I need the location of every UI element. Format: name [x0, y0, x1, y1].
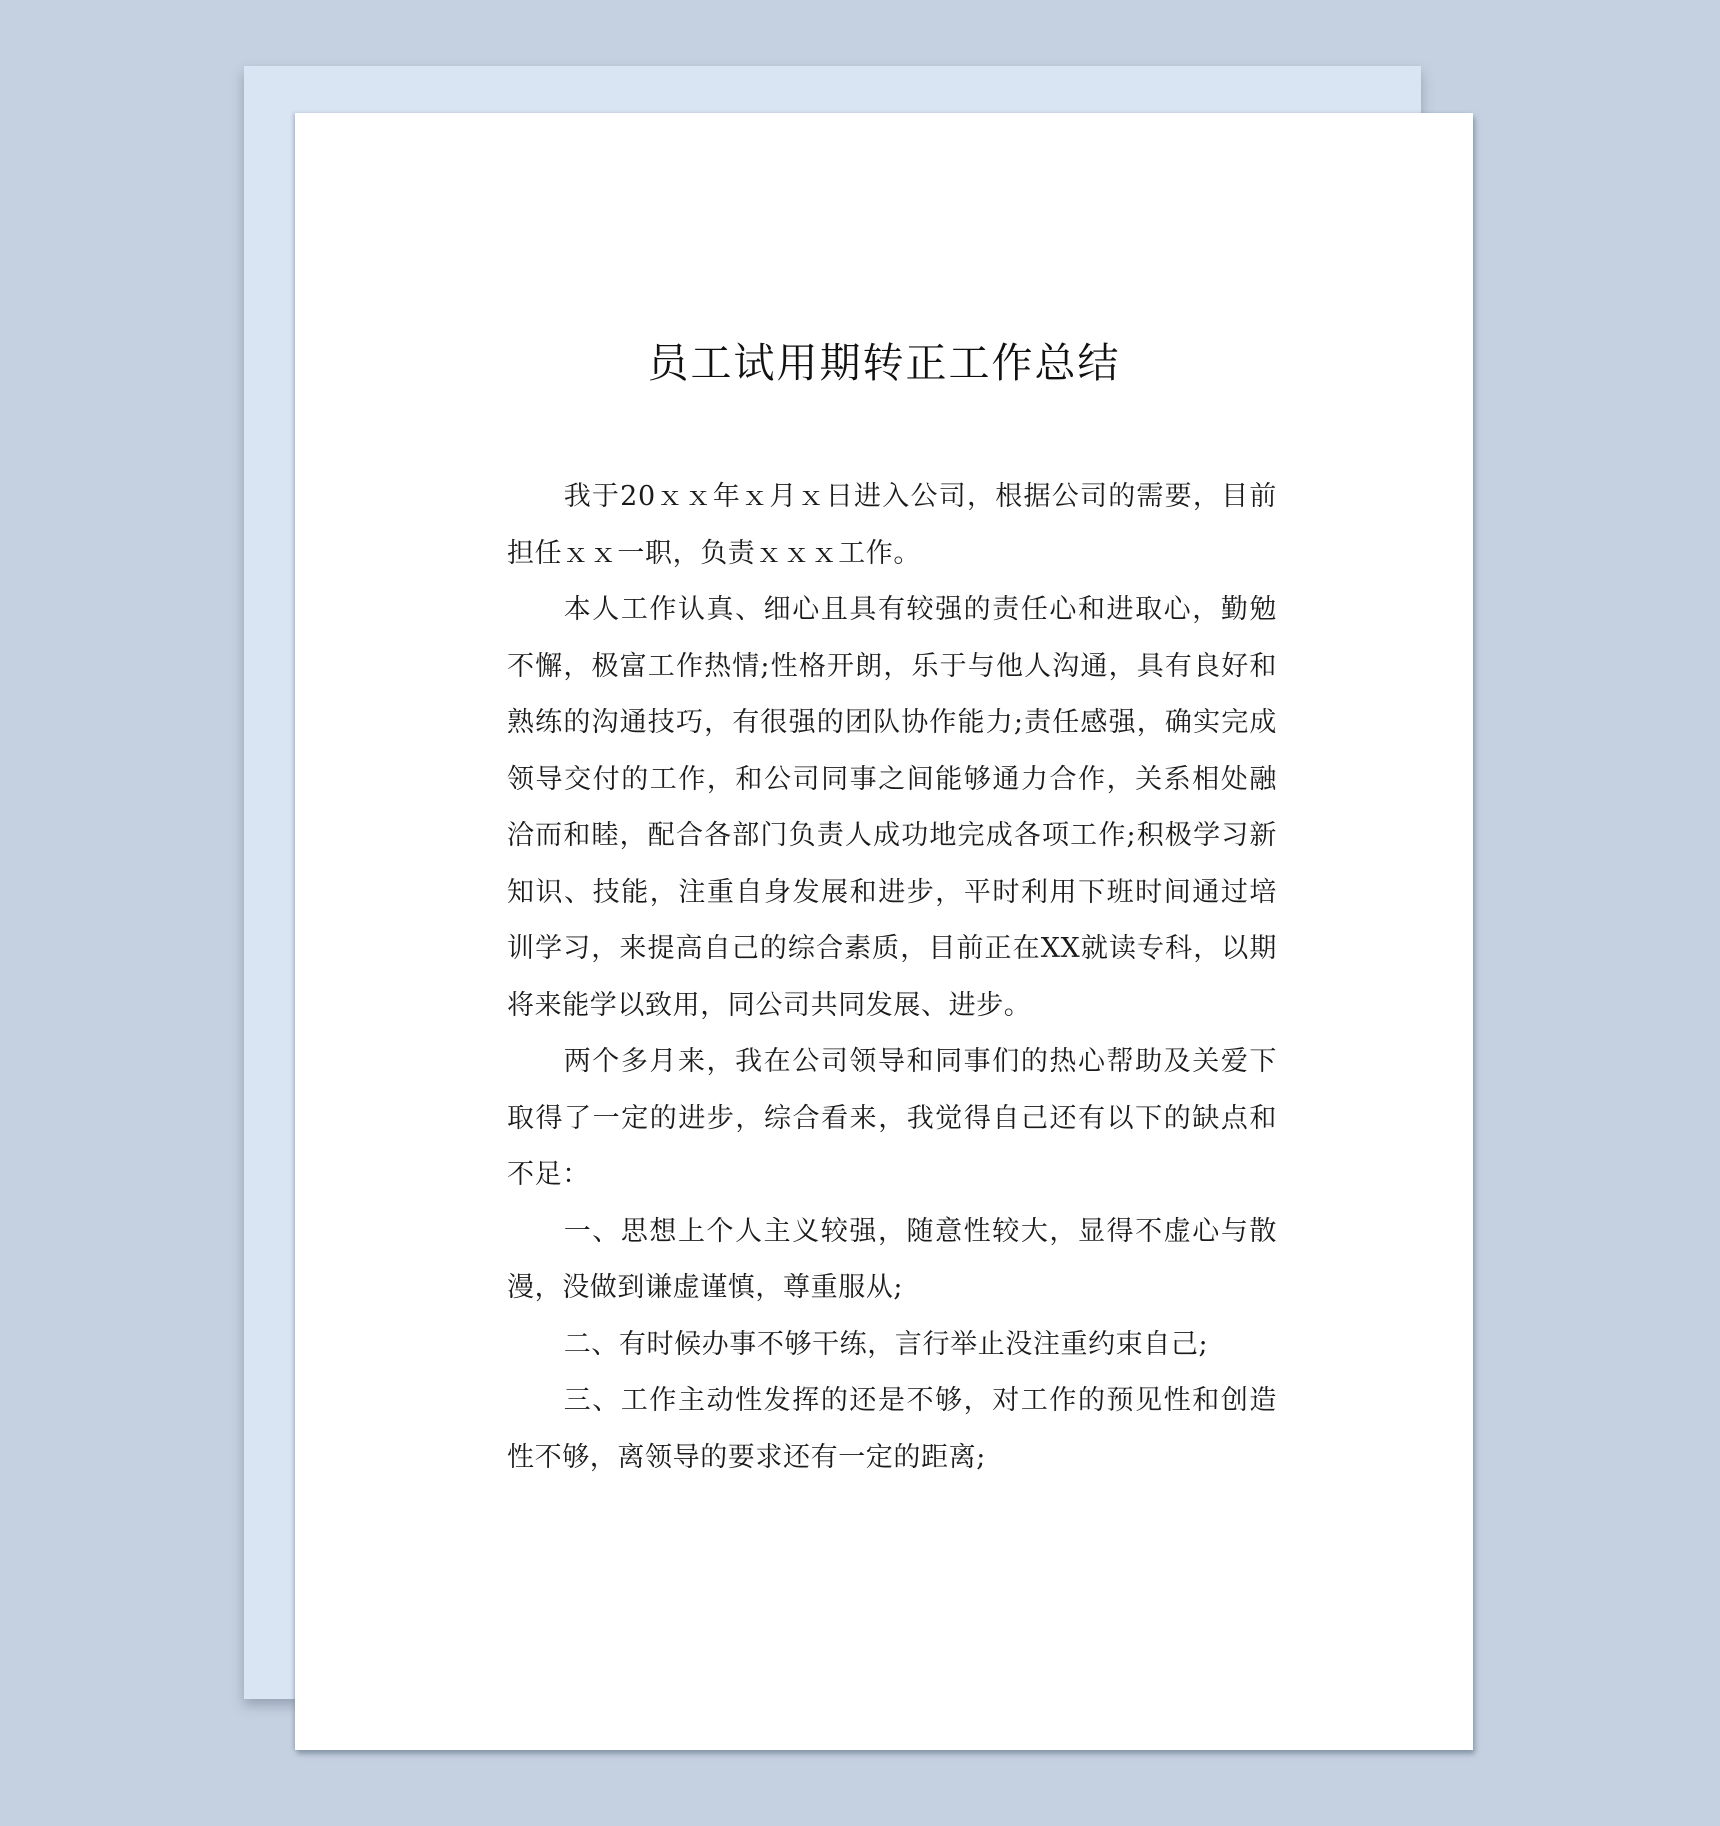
paragraph-strengths: 本人工作认真、细心且具有较强的责任心和进取心，勤勉不懈，极富工作热情;性格开朗，… — [507, 582, 1277, 1034]
paragraph-intro: 我于20ｘｘ年ｘ月ｘ日进入公司，根据公司的需要，目前担任ｘｘ一职，负责ｘｘｘ工作… — [507, 469, 1277, 582]
document-body: 我于20ｘｘ年ｘ月ｘ日进入公司，根据公司的需要，目前担任ｘｘ一职，负责ｘｘｘ工作… — [507, 469, 1277, 1486]
document-title: 员工试用期转正工作总结 — [295, 335, 1473, 391]
paragraph-shortcoming-3: 三、工作主动性发挥的还是不够，对工作的预见性和创造性不够，离领导的要求还有一定的… — [507, 1373, 1277, 1486]
paragraph-shortcoming-2: 二、有时候办事不够干练，言行举止没注重约束自己; — [507, 1317, 1277, 1374]
paragraph-shortcoming-1: 一、思想上个人主义较强，随意性较大，显得不虚心与散漫，没做到谦虚谨慎，尊重服从; — [507, 1204, 1277, 1317]
paragraph-shortcomings-intro: 两个多月来，我在公司领导和同事们的热心帮助及关爱下取得了一定的进步，综合看来，我… — [507, 1034, 1277, 1204]
document-page: 员工试用期转正工作总结 我于20ｘｘ年ｘ月ｘ日进入公司，根据公司的需要，目前担任… — [295, 113, 1473, 1750]
